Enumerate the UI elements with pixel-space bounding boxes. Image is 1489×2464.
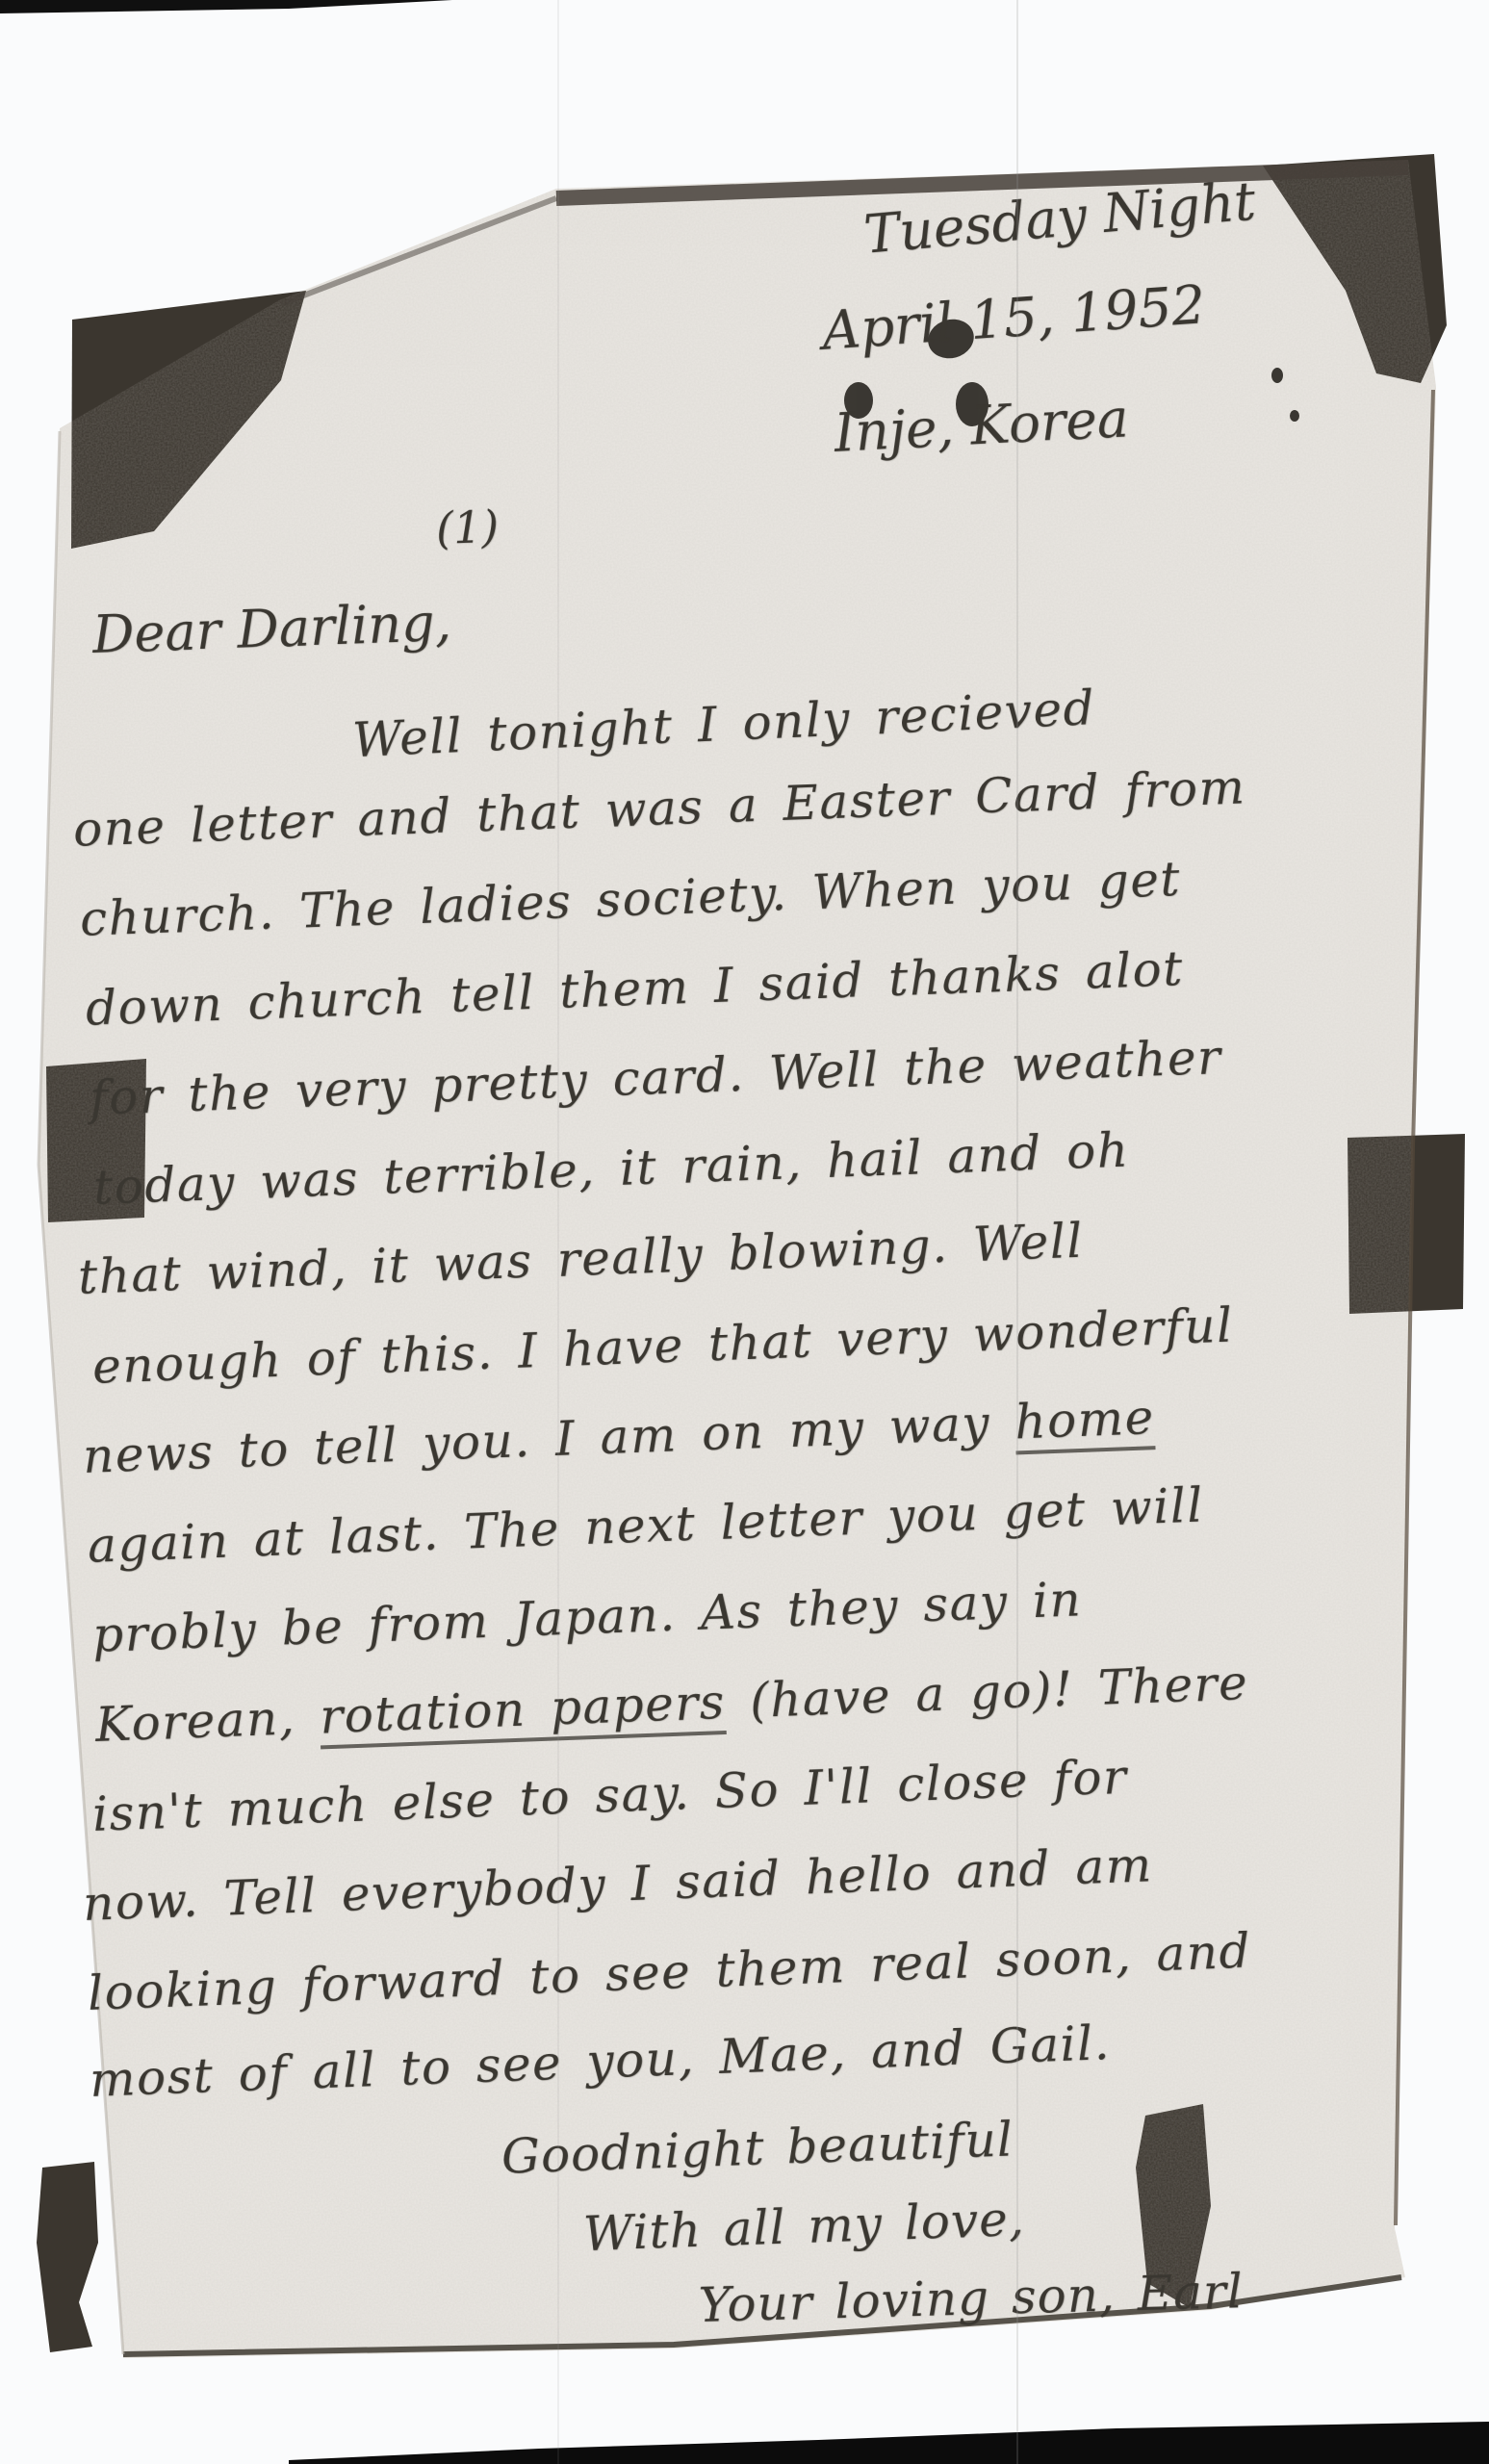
photo-mount-bottom-left — [37, 2162, 98, 2352]
underlined-word-home: home — [1014, 1389, 1156, 1454]
salutation: Dear Darling, — [91, 592, 452, 665]
letter-scan-page: Tuesday Night April 15, 1952 Inje, Korea… — [0, 0, 1489, 2464]
page-number: (1) — [435, 500, 500, 554]
ink-blot — [1290, 410, 1299, 422]
letter-line-12-text-pre: Korean, — [94, 1688, 321, 1753]
ink-blot — [1271, 368, 1283, 383]
scan-strip-bottom — [289, 2422, 1489, 2464]
scan-strip-top — [0, 0, 452, 13]
